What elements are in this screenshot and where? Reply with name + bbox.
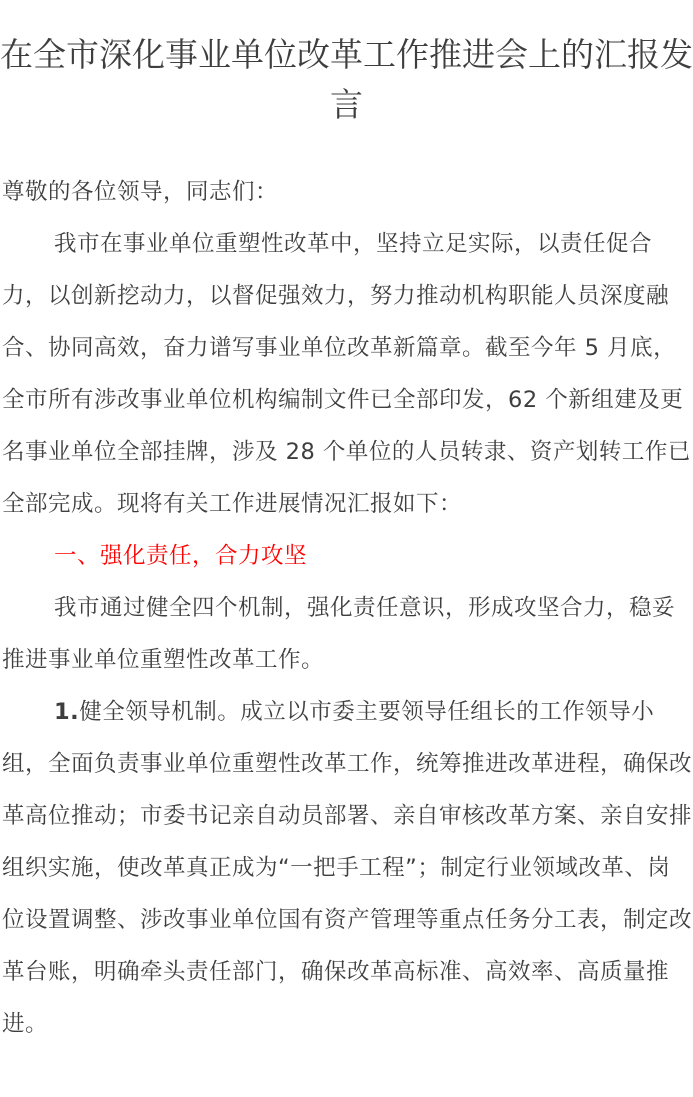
section-heading: 一、强化责任，合力攻坚 bbox=[0, 530, 693, 582]
section-item-paragraph: 1.健全领导机制。成立以市委主要领导任组长的工作领导小组，全面负责事业单位重塑性… bbox=[0, 686, 693, 1050]
salutation: 尊敬的各位领导，同志们： bbox=[0, 166, 693, 218]
item-number: 1. bbox=[54, 699, 79, 725]
document-body: 尊敬的各位领导，同志们： 我市在事业单位重塑性改革中，坚持立足实际，以责任促合力… bbox=[0, 166, 693, 1050]
item-text: 健全领导机制。成立以市委主要领导任组长的工作领导小组，全面负责事业单位重塑性改革… bbox=[2, 699, 692, 1037]
intro-paragraph: 我市在事业单位重塑性改革中，坚持立足实际，以责任促合力，以创新挖动力，以督促强效… bbox=[0, 218, 693, 530]
document: 在全市深化事业单位改革工作推进会上的汇报发言 尊敬的各位领导，同志们： 我市在事… bbox=[0, 0, 693, 1050]
section-intro-paragraph: 我市通过健全四个机制，强化责任意识，形成攻坚合力，稳妥推进事业单位重塑性改革工作… bbox=[0, 582, 693, 686]
document-title: 在全市深化事业单位改革工作推进会上的汇报发言 bbox=[0, 0, 693, 130]
